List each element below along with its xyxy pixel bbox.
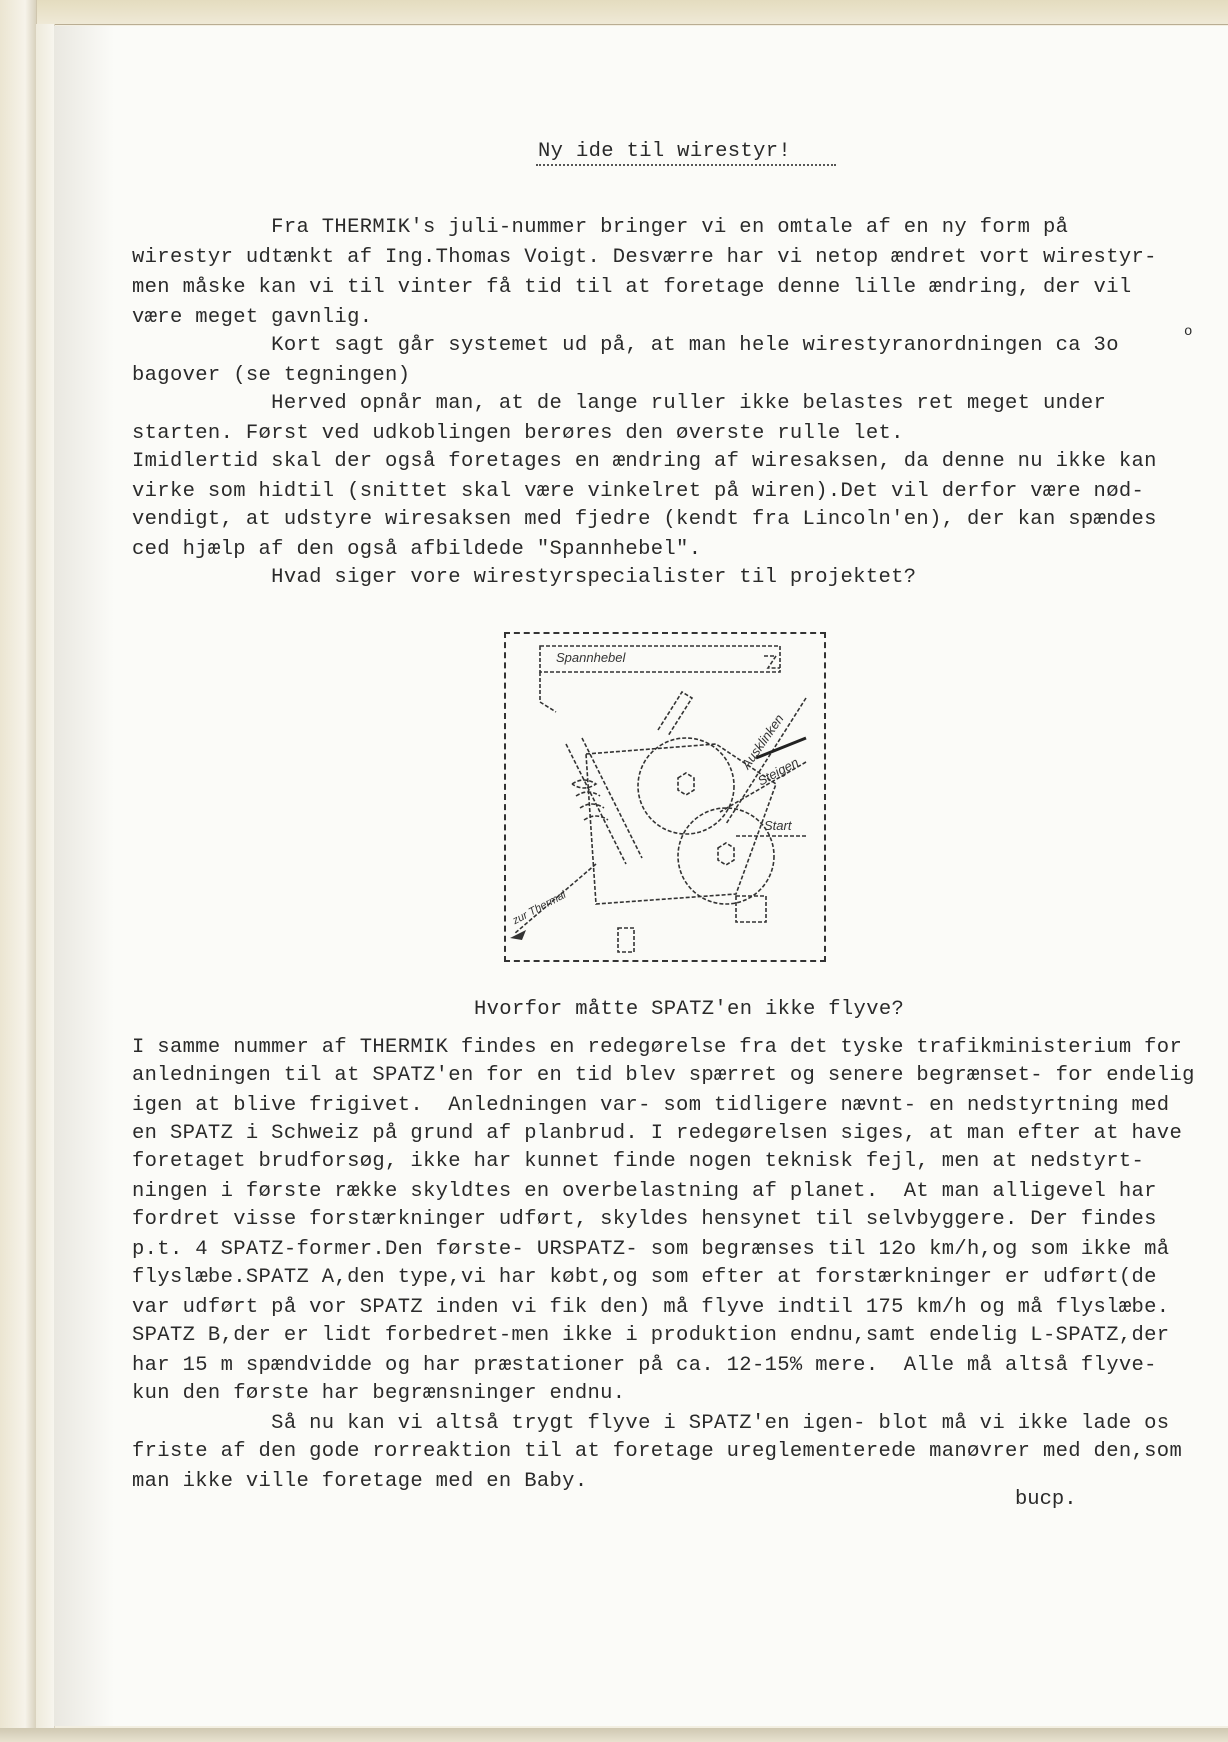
text-line: starten. Først ved udkoblingen berøres d… (132, 424, 904, 444)
text-line: Så nu kan vi altså trygt flyve i SPATZ'e… (132, 1414, 1169, 1434)
text-line: kun den første har begrænsninger endnu. (132, 1384, 625, 1404)
text-line: virke som hidtil (snittet skal være vink… (132, 482, 1144, 502)
degree-mark: o (1184, 324, 1192, 340)
text-line: ced hjælp af den også afbildede "Spannhe… (132, 540, 701, 560)
text-line: Imidlertid skal der også foretages en æn… (132, 452, 1157, 472)
text-line: bagover (se tegningen) (132, 366, 410, 386)
text-line: vendigt, at udstyre wiresaksen med fjedr… (132, 510, 1157, 530)
binder-bottom-edge (0, 1728, 1228, 1742)
text-line: SPATZ B,der er lidt forbedret-men ikke i… (132, 1326, 1169, 1346)
text-line: ningen i første række skyldtes en overbe… (132, 1182, 1157, 1202)
binder-top-edge (0, 0, 1228, 25)
text-line: var udført på vor SPATZ inden vi fik den… (132, 1298, 1169, 1318)
mechanism-sketch: Spannhebel Ausklinken Steigen Start zur … (504, 632, 826, 962)
text-line: p.t. 4 SPATZ-former.Den første- URSPATZ-… (132, 1240, 1169, 1260)
signature: bucp. (1015, 1488, 1077, 1511)
text-line: men måske kan vi til vinter få tid til a… (132, 278, 1132, 298)
text-line: igen at blive frigivet. Anledningen var-… (132, 1096, 1169, 1116)
text-line: en SPATZ i Schweiz på grund af planbrud.… (132, 1124, 1182, 1144)
text-line: Herved opnår man, at de lange ruller ikk… (132, 394, 1106, 414)
binder-spine (0, 0, 37, 1742)
text-line: friste af den gode rorreaktion til at fo… (132, 1442, 1182, 1462)
text-line: være meget gavnlig. (132, 308, 372, 328)
text-line: fordret visse forstærkninger udført, sky… (132, 1210, 1157, 1230)
page-shadow (54, 26, 114, 1726)
page-stack-edge (36, 24, 55, 1742)
text-line: man ikke ville foretage med en Baby. (132, 1472, 587, 1492)
label-start: Start (764, 818, 791, 833)
article-title-2: Hvorfor måtte SPATZ'en ikke flyve? (474, 998, 904, 1021)
title-underline (536, 164, 836, 166)
text-line: flyslæbe.SPATZ A,den type,vi har købt,og… (132, 1268, 1157, 1288)
text-line: wirestyr udtænkt af Ing.Thomas Voigt. De… (132, 248, 1157, 268)
sketch-drawing (506, 634, 824, 960)
text-line: har 15 m spændvidde og har præstationer … (132, 1356, 1157, 1376)
text-line: anledningen til at SPATZ'en for en tid b… (132, 1066, 1195, 1086)
article-title: Ny ide til wirestyr! (538, 140, 791, 163)
label-spannhebel: Spannhebel (556, 650, 625, 665)
text-line: foretaget brudforsøg, ikke har kunnet fi… (132, 1152, 1144, 1172)
text-line: I samme nummer af THERMIK findes en rede… (132, 1038, 1182, 1058)
text-line: Hvad siger vore wirestyrspecialister til… (132, 568, 916, 588)
text-line: Fra THERMIK's juli-nummer bringer vi en … (132, 218, 1068, 238)
text-line: Kort sagt går systemet ud på, at man hel… (132, 336, 1119, 356)
